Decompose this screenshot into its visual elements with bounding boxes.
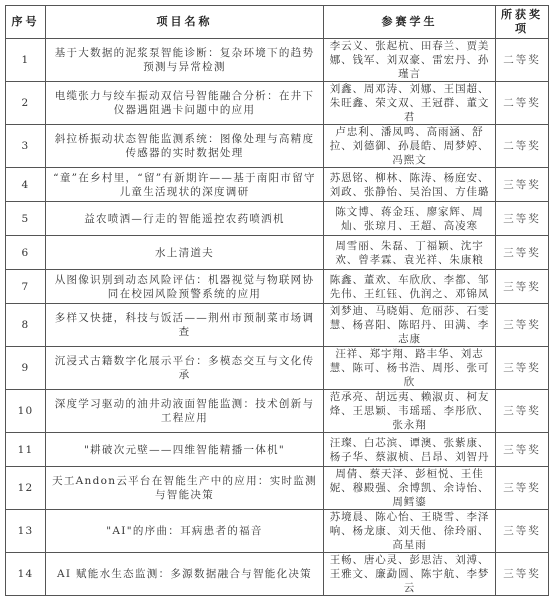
award-level: 三等奖 [496, 202, 549, 236]
award-level: 三等奖 [496, 304, 549, 347]
student-names: 范承亮、胡远夷、赖淑贞、柯友烽、王思颖、韦瑶瑶、李彤欣、张永翔 [324, 390, 496, 433]
header-project: 项目名称 [46, 6, 324, 39]
project-name: 天工Andon云平台在智能生产中的应用：实时监测与智能决策 [46, 467, 324, 510]
header-award: 所获奖项 [496, 6, 549, 39]
project-name: “童”在乡村里，“留”有新期许——基于南阳市留守儿童生活现状的深度调研 [46, 168, 324, 202]
project-name: 基于大数据的泥浆泵智能诊断：复杂环境下的趋势预测与异常检测 [46, 39, 324, 82]
table-row: 8 多样又快捷，科技与饭活——荆州市预制菜市场调查 刘梦迪、马晓娟、危丽莎、石雯… [6, 304, 549, 347]
table-row: 6 水上清道夫 周雪丽、朱磊、丁福颖、沈宇欢、曾孝霖、袁光祥、朱康粮 三等奖 [6, 236, 549, 270]
student-names: 苏恩铭、柳林、陈涛、杨庭安、刘政、张静怡、吴治国、方佳璐 [324, 168, 496, 202]
student-names: 汪璨、白芯滨、谭澳、张紫康、杨子华、蔡淑桢、吕昂、刘智丹 [324, 433, 496, 467]
student-names: 卢忠利、潘凤鸣、高雨涵、舒拉、刘德御、孙晨皓、周梦婷、冯熙文 [324, 125, 496, 168]
project-name: 电缆张力与绞车振动双信号智能融合分析：在井下仪器遇阻遇卡问题中的应用 [46, 82, 324, 125]
row-index: 7 [6, 270, 46, 304]
award-level: 三等奖 [496, 433, 549, 467]
row-index: 5 [6, 202, 46, 236]
table-row: 2 电缆张力与绞车振动双信号智能融合分析：在井下仪器遇阻遇卡问题中的应用 刘鑫、… [6, 82, 549, 125]
row-index: 3 [6, 125, 46, 168]
student-names: 刘梦迪、马晓娟、危丽莎、石雯慧、杨喜阳、陈昭丹、田满、李志康 [324, 304, 496, 347]
row-index: 12 [6, 467, 46, 510]
project-name: 水上清道夫 [46, 236, 324, 270]
row-index: 6 [6, 236, 46, 270]
row-index: 9 [6, 347, 46, 390]
table-row: 11 "耕破次元壁——四维智能精播一体机" 汪璨、白芯滨、谭澳、张紫康、杨子华、… [6, 433, 549, 467]
student-names: 汪祥、郑宇翔、路丰华、刘志慧、陈可、杨书浩、周彤、张可欣 [324, 347, 496, 390]
award-level: 三等奖 [496, 467, 549, 510]
project-name: 沉浸式古籍数字化展示平台：多模态交互与文化传承 [46, 347, 324, 390]
table-row: 5 益农喷洒—行走的智能遥控农药喷洒机 陈文博、蒋金珏、廖家辉、周灿、张琼月、王… [6, 202, 549, 236]
student-names: 陈鑫、董欢、车欣欣、李都、邹先伟、王红钰、仇润之、邓锦凤 [324, 270, 496, 304]
table-row: 1 基于大数据的泥浆泵智能诊断：复杂环境下的趋势预测与异常检测 李云义、张起杭、… [6, 39, 549, 82]
award-level: 二等奖 [496, 39, 549, 82]
award-level: 三等奖 [496, 236, 549, 270]
award-level: 二等奖 [496, 125, 549, 168]
row-index: 2 [6, 82, 46, 125]
table-body: 1 基于大数据的泥浆泵智能诊断：复杂环境下的趋势预测与异常检测 李云义、张起杭、… [6, 39, 549, 512]
awards-table: 序号 项目名称 参赛学生 所获奖项 1 基于大数据的泥浆泵智能诊断：复杂环境下的… [5, 5, 549, 511]
table-row: 10 深度学习驱动的油井动液面智能监测：技术创新与工程应用 范承亮、胡远夷、赖淑… [6, 390, 549, 433]
project-name: 深度学习驱动的油井动液面智能监测：技术创新与工程应用 [46, 390, 324, 433]
award-level: 三等奖 [496, 347, 549, 390]
table-row: 9 沉浸式古籍数字化展示平台：多模态交互与文化传承 汪祥、郑宇翔、路丰华、刘志慧… [6, 347, 549, 390]
project-name: 益农喷洒—行走的智能遥控农药喷洒机 [46, 202, 324, 236]
row-index: 10 [6, 390, 46, 433]
table-row: 4 “童”在乡村里，“留”有新期许——基于南阳市留守儿童生活现状的深度调研 苏恩… [6, 168, 549, 202]
header-index: 序号 [6, 6, 46, 39]
table-row: 7 从图像识别到动态风险评估：机器视觉与物联网协同在校园风险预警系统的应用 陈鑫… [6, 270, 549, 304]
project-name: 从图像识别到动态风险评估：机器视觉与物联网协同在校园风险预警系统的应用 [46, 270, 324, 304]
header-students: 参赛学生 [324, 6, 496, 39]
award-level: 三等奖 [496, 168, 549, 202]
table-header-row: 序号 项目名称 参赛学生 所获奖项 [6, 6, 549, 39]
student-names: 陈文博、蒋金珏、廖家辉、周灿、张琼月、王超、高凌寒 [324, 202, 496, 236]
table-row: 12 天工Andon云平台在智能生产中的应用：实时监测与智能决策 周倩、蔡天泽、… [6, 467, 549, 510]
project-name: 斜拉桥振动状态智能监测系统：图像处理与高精度传感器的实时数据处理 [46, 125, 324, 168]
awards-table-container: 序号 项目名称 参赛学生 所获奖项 1 基于大数据的泥浆泵智能诊断：复杂环境下的… [5, 5, 548, 511]
row-index: 8 [6, 304, 46, 347]
table-row: 3 斜拉桥振动状态智能监测系统：图像处理与高精度传感器的实时数据处理 卢忠利、潘… [6, 125, 549, 168]
project-name: 多样又快捷，科技与饭活——荆州市预制菜市场调查 [46, 304, 324, 347]
student-names: 周倩、蔡天泽、彭桓悦、王佳妮、穆殿强、余博凯、余诗怡、周鳕鎏 [324, 467, 496, 510]
row-index: 4 [6, 168, 46, 202]
student-names: 李云义、张起杭、田春兰、贾美娜、钱军、刘双豪、雷宏丹、孙瑾言 [324, 39, 496, 82]
award-level: 三等奖 [496, 390, 549, 433]
row-index: 1 [6, 39, 46, 82]
award-level: 二等奖 [496, 82, 549, 125]
student-names: 刘鑫、周邓涛、刘娜、王国超、朱旺鑫、荣文双、王冠群、董文君 [324, 82, 496, 125]
award-level: 三等奖 [496, 270, 549, 304]
student-names: 周雪丽、朱磊、丁福颖、沈宇欢、曾孝霖、袁光祥、朱康粮 [324, 236, 496, 270]
row-index: 11 [6, 433, 46, 467]
project-name: "耕破次元壁——四维智能精播一体机" [46, 433, 324, 467]
